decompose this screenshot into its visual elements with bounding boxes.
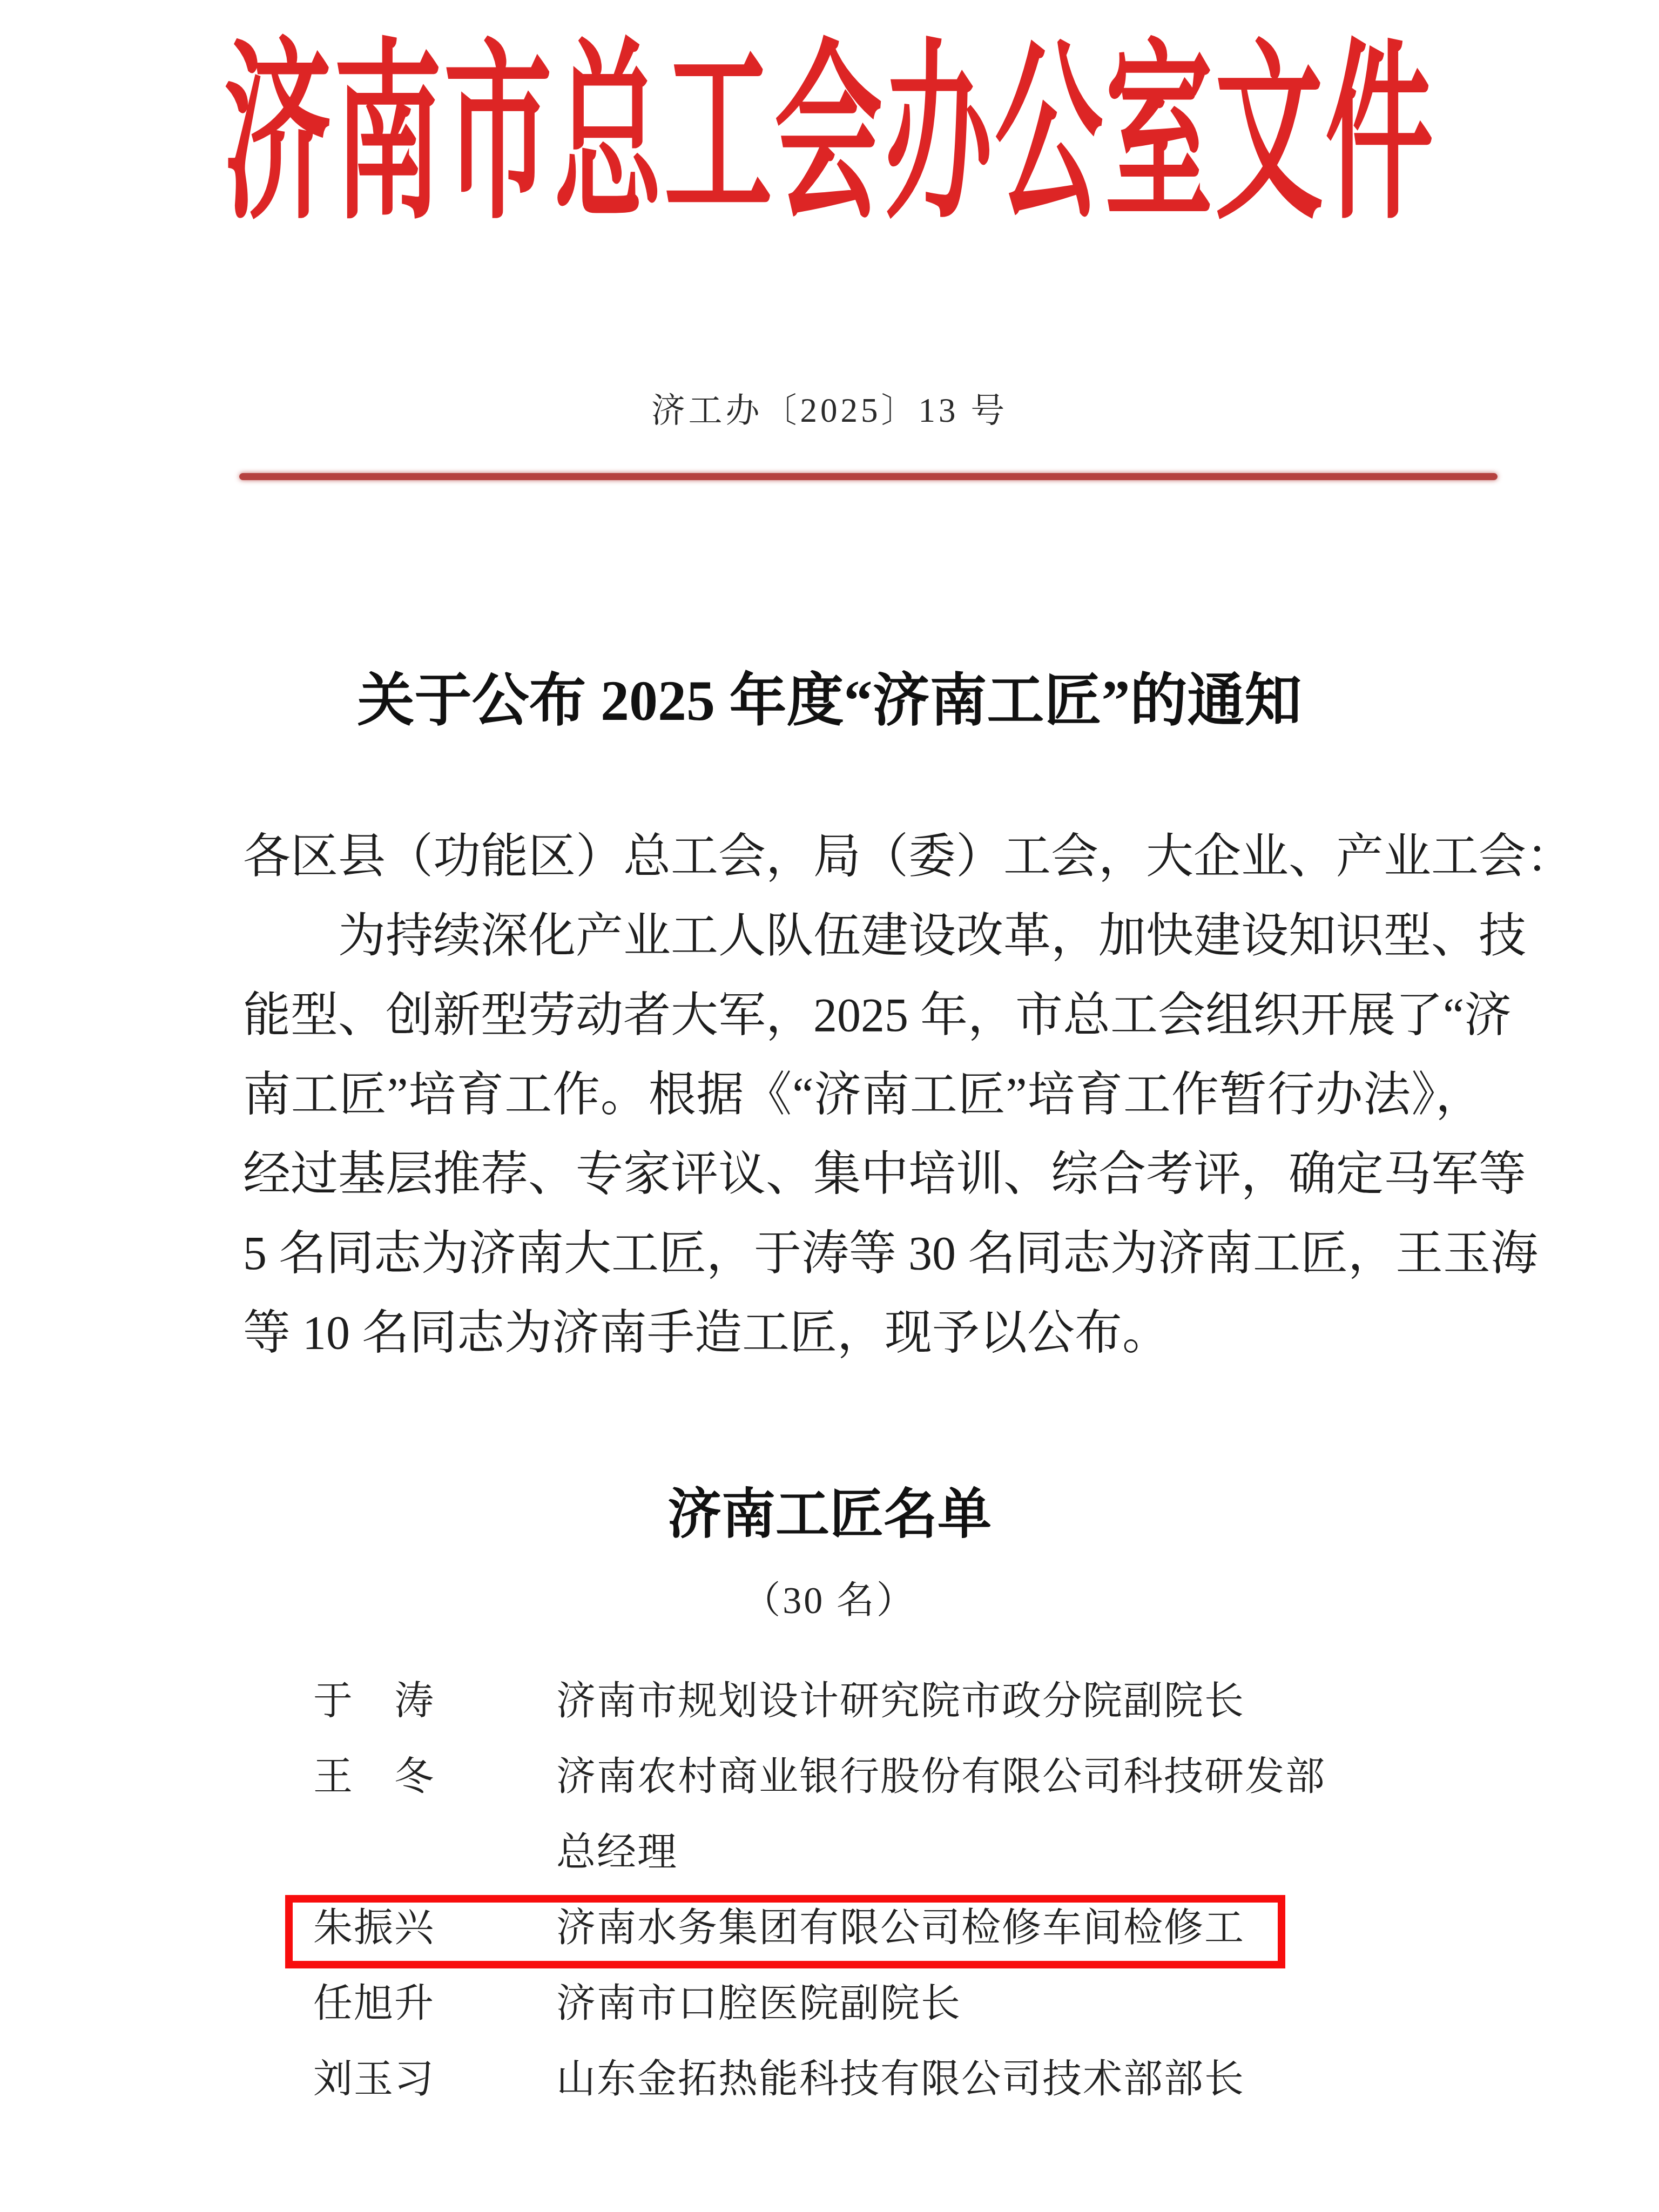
list-count: （30 名） bbox=[0, 1566, 1659, 1636]
notice-title: 关于公布 2025 年度“济南工匠”的通知 bbox=[0, 651, 1659, 751]
list-row: 刘玉习 山东金拓热能科技有限公司技术部部长 bbox=[0, 2041, 1659, 2117]
body-line: 南工匠”培育工作。根据《“济南工匠”培育工作暂行办法》， bbox=[243, 1055, 1483, 1135]
list-row: 任旭升 济南市口腔医院副院长 bbox=[0, 1966, 1659, 2041]
list-section-title: 济南工匠名单 bbox=[0, 1470, 1659, 1559]
name-cell: 任旭升 bbox=[313, 1966, 435, 2041]
body-line: 能型、创新型劳动者大军，2025 年，市总工会组织开展了“济 bbox=[243, 976, 1483, 1055]
body-line: 等 10 名同志为济南手造工匠，现予以公布。 bbox=[243, 1293, 1483, 1373]
position-cell: 济南市规划设计研究院市政分院副院长 bbox=[556, 1663, 1245, 1739]
list-row: 总经理 bbox=[0, 1815, 1659, 1890]
name-cell: 于 涛 bbox=[313, 1663, 435, 1739]
position-cell: 总经理 bbox=[556, 1815, 678, 1890]
body-line: 5 名同志为济南大工匠，于涛等 30 名同志为济南工匠，王玉海 bbox=[243, 1214, 1483, 1293]
position-cell: 山东金拓热能科技有限公司技术部部长 bbox=[556, 2041, 1245, 2117]
document-page: 济南市总工会办公室文件 济工办〔2025〕13 号 关于公布 2025 年度“济… bbox=[0, 0, 1659, 2212]
name-cell: 王 冬 bbox=[313, 1739, 435, 1815]
letterhead-title: 济南市总工会办公室文件 bbox=[224, 41, 1435, 233]
letterhead-banner: 济南市总工会办公室文件 bbox=[0, 41, 1659, 149]
body-line: 为持续深化产业工人队伍建设改革，加快建设知识型、技 bbox=[243, 896, 1483, 976]
position-cell: 济南市口腔医院副院长 bbox=[556, 1966, 961, 2041]
body-line-salutation: 各区县（功能区）总工会，局（委）工会，大企业、产业工会： bbox=[243, 817, 1483, 896]
red-separator-line bbox=[239, 473, 1498, 480]
list-row: 于 涛 济南市规划设计研究院市政分院副院长 bbox=[0, 1663, 1659, 1739]
position-cell: 济南农村商业银行股份有限公司科技研发部 bbox=[556, 1739, 1326, 1815]
notice-body: 各区县（功能区）总工会，局（委）工会，大企业、产业工会： 为持续深化产业工人队伍… bbox=[243, 817, 1483, 1373]
name-cell: 刘玉习 bbox=[313, 2041, 435, 2117]
body-line: 经过基层推荐、专家评议、集中培训、综合考评，确定马军等 bbox=[243, 1135, 1483, 1214]
list-row: 王 冬 济南农村商业银行股份有限公司科技研发部 bbox=[0, 1739, 1659, 1815]
document-number: 济工办〔2025〕13 号 bbox=[0, 375, 1659, 446]
highlight-box bbox=[285, 1895, 1285, 1968]
